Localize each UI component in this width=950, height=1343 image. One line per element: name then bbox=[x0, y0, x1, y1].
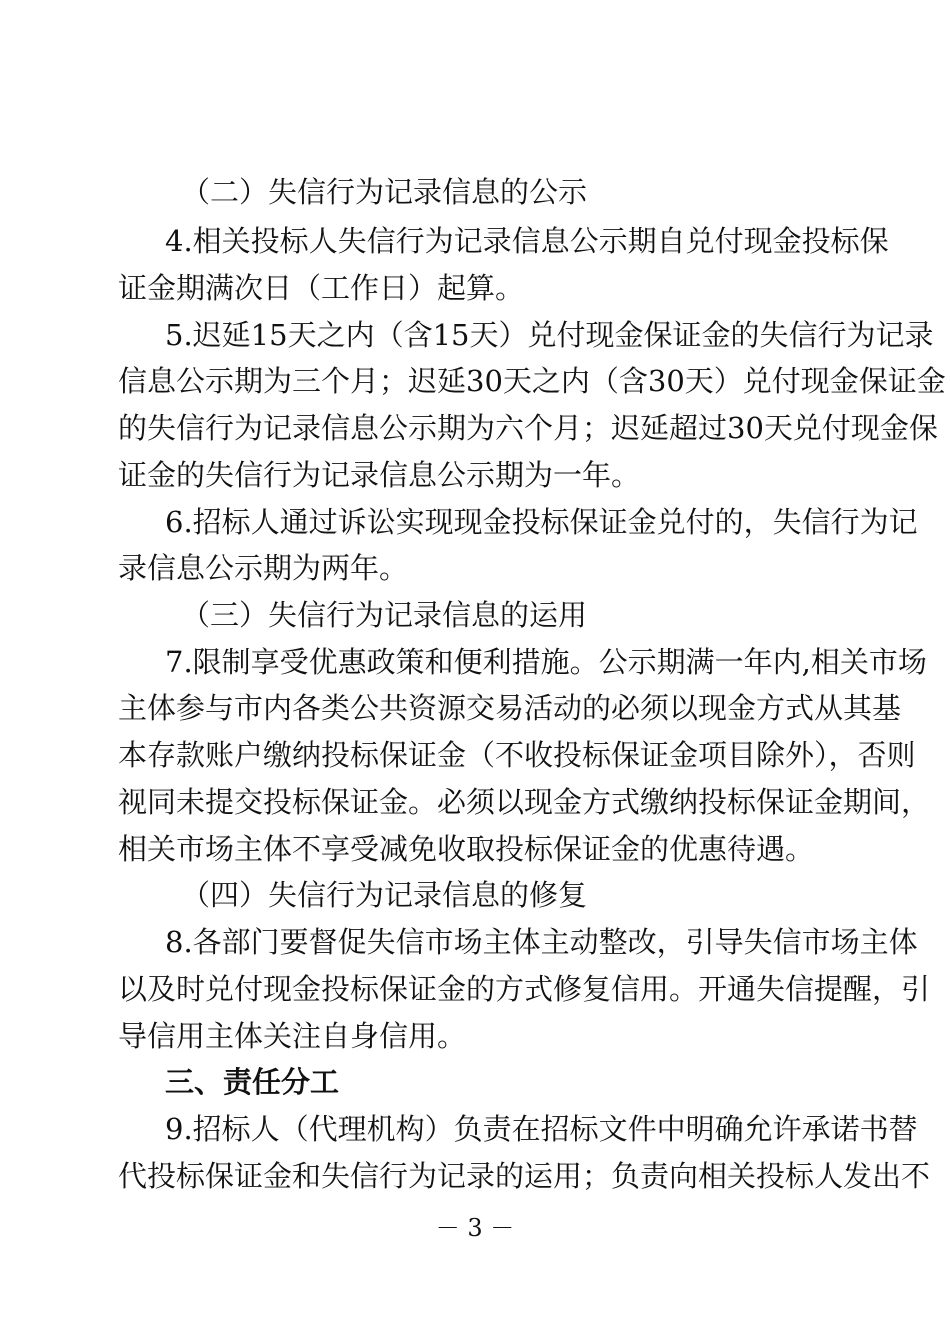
paragraph-6-line-1: 6.招标人通过诉讼实现现金投标保证金兑付的，失信行为记 bbox=[165, 502, 832, 542]
subheading-3: （三）失信行为记录信息的运用 bbox=[181, 595, 741, 635]
paragraph-8-line-1: 8.各部门要督促失信市场主体主动整改，引导失信市场主体 bbox=[165, 922, 832, 962]
paragraph-5-line-1: 5.迟延15天之内（含15天）兑付现金保证金的失信行为记录 bbox=[165, 315, 832, 355]
paragraph-9-line-1: 9.招标人（代理机构）负责在招标文件中明确允许承诺书替 bbox=[165, 1109, 832, 1149]
paragraph-4-line-1: 4.相关投标人失信行为记录信息公示期自兑付现金投标保 bbox=[165, 221, 832, 261]
subheading-4: （四）失信行为记录信息的修复 bbox=[181, 875, 741, 915]
paragraph-9-line-2: 代投标保证金和失信行为记录的运用；负责向相关投标人发出不 bbox=[118, 1156, 832, 1196]
subheading-2: （二）失信行为记录信息的公示 bbox=[181, 172, 741, 212]
paragraph-7-line-3: 本存款账户缴纳投标保证金（不收投标保证金项目除外），否则 bbox=[118, 735, 832, 775]
paragraph-6-line-2: 录信息公示期为两年。 bbox=[118, 548, 832, 588]
paragraph-8-line-2: 以及时兑付现金投标保证金的方式修复信用。开通失信提醒，引 bbox=[118, 969, 832, 1009]
paragraph-7-line-5: 相关市场主体不享受减免收取投标保证金的优惠待遇。 bbox=[118, 829, 832, 869]
paragraph-4-line-2: 证金期满次日（工作日）起算。 bbox=[118, 268, 832, 308]
paragraph-7-line-1: 7.限制享受优惠政策和便利措施。公示期满一年内,相关市场 bbox=[165, 642, 832, 682]
paragraph-7-line-2: 主体参与市内各类公共资源交易活动的必须以现金方式从其基 bbox=[118, 688, 832, 728]
section-heading-3: 三、责任分工 bbox=[165, 1062, 565, 1102]
paragraph-5-line-2: 信息公示期为三个月；迟延30天之内（含30天）兑付现金保证金 bbox=[118, 361, 832, 401]
paragraph-5-line-3: 的失信行为记录信息公示期为六个月；迟延超过30天兑付现金保 bbox=[118, 408, 832, 448]
paragraph-5-line-4: 证金的失信行为记录信息公示期为一年。 bbox=[118, 455, 832, 495]
document-page: （二）失信行为记录信息的公示 4.相关投标人失信行为记录信息公示期自兑付现金投标… bbox=[0, 0, 950, 1343]
paragraph-7-line-4: 视同未提交投标保证金。必须以现金方式缴纳投标保证金期间， bbox=[118, 782, 832, 822]
page-number: － 3 － bbox=[0, 1213, 950, 1243]
paragraph-8-line-3: 导信用主体关注自身信用。 bbox=[118, 1016, 832, 1056]
